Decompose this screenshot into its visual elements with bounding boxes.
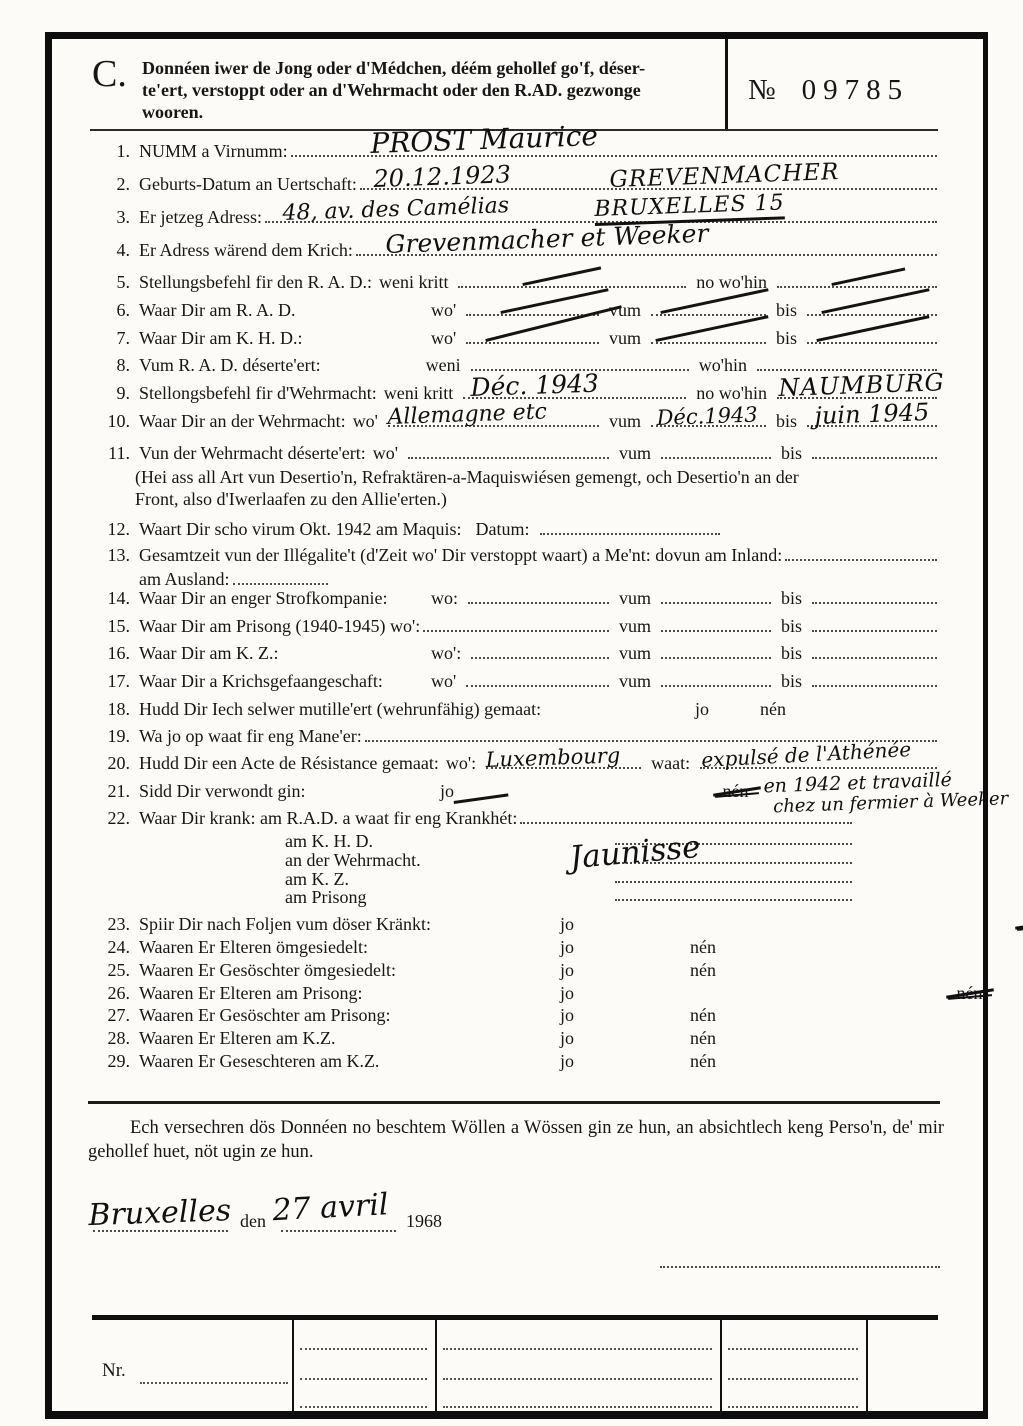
- handwritten-value: juin 1945: [814, 398, 930, 430]
- serial-number: №09785: [748, 74, 909, 107]
- handwritten-value: Déc.1943: [656, 402, 758, 430]
- form-item-13b: am Ausland:: [96, 569, 940, 590]
- field-word: vum: [619, 588, 651, 609]
- item-label: Vum R. A. D. déserte'ert:: [139, 355, 321, 376]
- field-word: bis: [781, 588, 802, 609]
- signature-place-line: [93, 1230, 228, 1232]
- handwritten-value: Allemagne etc: [387, 399, 547, 430]
- table-dotted-line: [728, 1406, 858, 1408]
- fill-line: Déc.1943: [651, 413, 766, 427]
- fill-line: [408, 445, 609, 459]
- sub-label: an der Wehrmacht.: [285, 850, 421, 871]
- declaration-text: Ech versechren dös Donnéen no beschtem W…: [88, 1116, 944, 1164]
- item-number: 27.: [96, 1005, 130, 1026]
- field-word: vum: [619, 616, 651, 637]
- field-word: weni kritt: [384, 383, 454, 404]
- answer-jo: jo: [440, 781, 454, 802]
- form-item-26: 26. Waaren Er Elteren am Prisong: jo nén: [96, 983, 940, 1004]
- form-item-14: 14. Waar Dir an enger Strofkompanie: wo:…: [96, 588, 940, 609]
- item-label: Spiir Dir nach Foljen vum döser Kränkt:: [139, 914, 431, 935]
- item-number: 4.: [96, 240, 130, 261]
- answer-jo: jo: [560, 914, 574, 935]
- field-word: vum: [619, 671, 651, 692]
- form-item-23: 23. Spiir Dir nach Foljen vum döser Krän…: [96, 914, 940, 935]
- answer-jo: jo: [560, 1028, 574, 1049]
- item-label: Waaren Er Elteren ömgesiedelt:: [139, 937, 368, 958]
- form-item-17: 17. Waar Dir a Krichsgefaangeschaft: wo'…: [96, 671, 940, 692]
- item-number: 12.: [96, 519, 130, 540]
- table-dotted-line: [443, 1406, 712, 1408]
- field-word: Datum:: [476, 519, 530, 540]
- item-number: 26.: [96, 983, 130, 1004]
- form-item-18: 18. Hudd Dir Iech selwer mutille'ert (we…: [96, 699, 940, 720]
- item-label: Er jetzeg Adress:: [139, 207, 262, 228]
- item-number: 13.: [96, 545, 130, 566]
- item-number: 28.: [96, 1028, 130, 1049]
- form-item-12: 12. Waart Dir scho virum Okt. 1942 am Ma…: [96, 519, 940, 540]
- field-word: vum: [609, 411, 641, 432]
- item-number: 17.: [96, 671, 130, 692]
- handwritten-value: Luxembourg: [485, 743, 621, 772]
- header-line-3: wooren.: [142, 102, 203, 122]
- form-item-2: 2. Geburts-Datum an Uertschaft: 20.12.19…: [96, 174, 940, 195]
- fill-line: [812, 445, 937, 459]
- item-number: 14.: [96, 588, 130, 609]
- item-label: Wa jo op waat fir eng Mane'er:: [139, 726, 362, 747]
- item-11-note-line-2: Front, also d'Iwerlaafen zu den Allie'er…: [135, 489, 950, 510]
- empty-signature-line: [660, 1266, 940, 1268]
- handwritten-value: Déc. 1943: [470, 369, 599, 402]
- form-item-1: 1. NUMM a Virnumm: PROST Maurice: [96, 141, 940, 162]
- fill-line: [661, 590, 771, 604]
- handwritten-value: NAUMBURG: [778, 368, 945, 402]
- item-label: Er Adress wärend dem Krich:: [139, 240, 353, 261]
- fill-line: [466, 302, 599, 316]
- form-item-24: 24. Waaren Er Elteren ömgesiedelt: jo né…: [96, 937, 940, 958]
- fill-line: [807, 330, 937, 344]
- field-word: vum: [619, 443, 651, 464]
- field-word: waat:: [651, 753, 690, 774]
- fill-line: [661, 445, 771, 459]
- handwritten-value: 20.12.1923: [373, 160, 511, 193]
- item-number: 2.: [96, 174, 130, 195]
- fill-line: [807, 302, 937, 316]
- item-label: Waar Dir am Prisong (1940-1945) wo':: [139, 616, 420, 637]
- fill-line: [777, 274, 937, 288]
- field-word: vum: [609, 328, 641, 349]
- form-item-13: 13. Gesamtzeit vun der Illégalite't (d'Z…: [96, 545, 940, 566]
- field-word: vum: [619, 643, 651, 664]
- field-word: bis: [781, 671, 802, 692]
- fill-line: [651, 330, 766, 344]
- header-line-1: Donnéen iwer de Jong oder d'Médchen, déé…: [142, 58, 645, 78]
- form-item-16: 16. Waar Dir am K. Z.: wo': vum bis: [96, 643, 940, 664]
- form-item-15: 15. Waar Dir am Prisong (1940-1945) wo':…: [96, 616, 940, 637]
- item-label: Gesamtzeit vun der Illégalite't (d'Zeit …: [139, 545, 782, 566]
- item-number: 19.: [96, 726, 130, 747]
- item-number: 24.: [96, 937, 130, 958]
- field-word: bis: [776, 300, 797, 321]
- form-item-22-sub-khd: am K. H. D.: [96, 831, 855, 852]
- item-label: Waar Dir a Krichsgefaangeschaft:: [139, 671, 424, 692]
- answer-jo: jo: [560, 983, 574, 1004]
- item-label: Waar Dir an der Wehrmacht:: [139, 411, 346, 432]
- item-label: Hudd Dir Iech selwer mutille'ert (wehrun…: [139, 699, 541, 720]
- field-word: wo':: [446, 753, 476, 774]
- item-label: Waar Dir am K. Z.:: [139, 643, 424, 664]
- fill-line: [466, 330, 599, 344]
- field-word: vum: [609, 300, 641, 321]
- answer-nen: nén: [690, 937, 716, 958]
- field-word: bis: [776, 328, 797, 349]
- fill-line: juin 1945: [807, 413, 937, 427]
- item-number: 25.: [96, 960, 130, 981]
- answer-jo: jo: [560, 960, 574, 981]
- item-label: NUMM a Virnumm:: [139, 141, 288, 162]
- answer-nen: nén: [690, 1051, 716, 1072]
- form-item-6: 6. Waar Dir am R. A. D. wo' vum bis: [96, 300, 940, 321]
- numero-sign: №: [748, 74, 776, 106]
- nr-label: Nr.: [102, 1360, 126, 1382]
- fill-line: [468, 590, 609, 604]
- form-item-5: 5. Stellungsbefehl fir den R. A. D.: wen…: [96, 272, 940, 293]
- item-label: Waaren Er Gesöschter am Prisong:: [139, 1005, 390, 1026]
- item-label: Waar Dir an enger Strofkompanie:: [139, 588, 424, 609]
- fill-line: [661, 618, 771, 632]
- item-number: 16.: [96, 643, 130, 664]
- fill-line: 48, av. des Camélias BRUXELLES 15: [265, 209, 937, 223]
- field-word: wo': [431, 300, 456, 321]
- fill-line: [466, 673, 609, 687]
- fill-line: Déc. 1943: [463, 385, 686, 399]
- item-label: Waaren Er Elteren am K.Z.: [139, 1028, 335, 1049]
- form-item-25: 25. Waaren Er Gesöschter ömgesiedelt: jo…: [96, 960, 940, 981]
- field-word: weni kritt: [379, 272, 449, 293]
- item-number: 1.: [96, 141, 130, 162]
- field-word: wo': [353, 411, 378, 432]
- signature-year: 1968: [406, 1211, 442, 1232]
- field-word: wo'hin: [699, 355, 747, 376]
- answer-nen-struck: nén: [956, 983, 982, 1004]
- fill-line: [812, 618, 937, 632]
- fill-line: [785, 547, 937, 561]
- answer-nen: nén: [690, 1005, 716, 1026]
- table-dotted-line: [140, 1382, 288, 1384]
- item-label: Waar Dir krank: am R.A.D. a waat fir eng…: [139, 808, 517, 829]
- handwritten-value: PROST Maurice: [369, 119, 598, 160]
- item-number: 22.: [96, 808, 130, 829]
- fill-line: [458, 274, 686, 288]
- item-number: 21.: [96, 781, 130, 802]
- table-dotted-line: [443, 1348, 712, 1350]
- serial-number-value: 09785: [802, 74, 910, 106]
- fill-line: [423, 618, 609, 632]
- form-item-28: 28. Waaren Er Elteren am K.Z. jo nén: [96, 1028, 940, 1049]
- fill-line: [540, 521, 720, 535]
- fill-line: NAUMBURG: [777, 385, 937, 399]
- item-label: Stellungsbefehl fir den R. A. D.:: [139, 272, 372, 293]
- fill-line: [661, 673, 771, 687]
- form-item-7: 7. Waar Dir am K. H. D.: wo' vum bis: [96, 328, 940, 349]
- form-item-22: 22. Waar Dir krank: am R.A.D. a waat fir…: [96, 808, 855, 829]
- item-label: Waart Dir scho virum Okt. 1942 am Maquis…: [139, 519, 462, 540]
- field-word: bis: [776, 411, 797, 432]
- field-word: wo:: [431, 588, 458, 609]
- form-item-10: 10. Waar Dir an der Wehrmacht: wo' Allem…: [96, 411, 940, 432]
- field-word: no wo'hin: [696, 383, 767, 404]
- item-number: 10.: [96, 411, 130, 432]
- item-number: 29.: [96, 1051, 130, 1072]
- fill-line: Grevenmacher et Weeker: [356, 242, 937, 256]
- den-label: den: [240, 1211, 266, 1232]
- form-item-22-sub-wehrmacht: an der Wehrmacht.: [96, 850, 855, 871]
- fill-line: expulsé de l'Athénée: [700, 755, 937, 769]
- fill-line: [812, 673, 937, 687]
- item-number: 20.: [96, 753, 130, 774]
- item-number: 8.: [96, 355, 130, 376]
- item-number: 5.: [96, 272, 130, 293]
- item-label: Waar Dir am R. A. D.: [139, 300, 424, 321]
- item-label: am Ausland:: [139, 569, 230, 590]
- field-word: wo': [431, 671, 456, 692]
- scanned-form-page: C. Donnéen iwer de Jong oder d'Médchen, …: [0, 0, 1023, 1426]
- fill-line: [520, 810, 852, 824]
- item-number: 18.: [96, 699, 130, 720]
- item-number: 11.: [96, 443, 130, 464]
- signature-date-line: [281, 1230, 396, 1232]
- form-item-11: 11. Vun der Wehrmacht déserte'ert: wo' v…: [96, 443, 940, 464]
- item-number: 3.: [96, 207, 130, 228]
- form-item-29: 29. Waaren Er Geseschteren am K.Z. jo né…: [96, 1051, 940, 1072]
- field-word: wo':: [431, 643, 461, 664]
- section-separator: [88, 1101, 940, 1104]
- table-dotted-line: [300, 1406, 427, 1408]
- answer-nen: nén: [760, 699, 786, 720]
- fill-line: [471, 645, 609, 659]
- fill-line: [233, 571, 328, 585]
- form-item-22-sub-prisong: am Prisong: [96, 887, 855, 908]
- field-word: bis: [781, 643, 802, 664]
- footer-table: Nr.: [92, 1315, 938, 1417]
- field-word: wo': [431, 328, 456, 349]
- table-dotted-line: [300, 1348, 427, 1350]
- table-divider: [292, 1320, 294, 1417]
- sub-label: am Prisong: [285, 887, 367, 908]
- header-text: Donnéen iwer de Jong oder d'Médchen, déé…: [142, 57, 717, 123]
- table-dotted-line: [728, 1378, 858, 1380]
- header-line-2: te'ert, verstoppt oder an d'Wehrmacht od…: [142, 80, 641, 100]
- form-item-20: 20. Hudd Dir een Acte de Résistance gema…: [96, 753, 940, 774]
- answer-jo: jo: [560, 937, 574, 958]
- fill-line: [651, 302, 766, 316]
- form-item-4: 4. Er Adress wärend dem Krich: Grevenmac…: [96, 240, 940, 261]
- fill-line: 20.12.1923 GREVENMACHER: [360, 176, 937, 190]
- fill-line: Allemagne etc: [388, 413, 599, 427]
- sub-label: am K. H. D.: [285, 831, 373, 852]
- item-label: Waar Dir am K. H. D.:: [139, 328, 424, 349]
- table-divider: [866, 1320, 868, 1417]
- item-number: 7.: [96, 328, 130, 349]
- answer-jo: jo: [560, 1005, 574, 1026]
- fill-line: [812, 645, 937, 659]
- table-dotted-line: [443, 1378, 712, 1380]
- table-dotted-line: [728, 1348, 858, 1350]
- section-letter: C.: [92, 52, 127, 96]
- answer-jo: jo: [560, 1051, 574, 1072]
- item-label: Waaren Er Geseschteren am K.Z.: [139, 1051, 379, 1072]
- field-word: bis: [781, 443, 802, 464]
- item-number: 23.: [96, 914, 130, 935]
- item-label: Waaren Er Gesöschter ömgesiedelt:: [139, 960, 396, 981]
- fill-line: Luxembourg: [486, 755, 641, 769]
- item-11-note-line-1: (Hei ass all Art vun Desertio'n, Refrakt…: [135, 467, 950, 488]
- answer-nen: nén: [690, 1028, 716, 1049]
- item-label: Waaren Er Elteren am Prisong:: [139, 983, 362, 1004]
- answer-nen: nén: [690, 960, 716, 981]
- header-divider: [725, 39, 728, 129]
- item-number: 15.: [96, 616, 130, 637]
- field-word: wo': [373, 443, 398, 464]
- field-word: bis: [781, 616, 802, 637]
- item-label: Hudd Dir een Acte de Résistance gemaat:: [139, 753, 439, 774]
- field-word: weni: [426, 355, 461, 376]
- item-label: Stellongsbefehl fir d'Wehrmacht:: [139, 383, 377, 404]
- item-number: 6.: [96, 300, 130, 321]
- item-label: Sidd Dir verwondt gin:: [139, 781, 306, 802]
- fill-line: PROST Maurice: [291, 143, 937, 157]
- table-divider: [435, 1320, 437, 1417]
- table-dotted-line: [300, 1378, 427, 1380]
- item-label: Vun der Wehrmacht déserte'ert:: [139, 443, 366, 464]
- form-item-21: 21. Sidd Dir verwondt gin: jo nén: [96, 781, 940, 802]
- item-number: 9.: [96, 383, 130, 404]
- answer-nen-struck: nén: [723, 781, 749, 802]
- item-label: Geburts-Datum an Uertschaft:: [139, 174, 357, 195]
- form-item-27: 27. Waaren Er Gesöschter am Prisong: jo …: [96, 1005, 940, 1026]
- table-divider: [720, 1320, 722, 1417]
- fill-line: [661, 645, 771, 659]
- fill-line: [812, 590, 937, 604]
- answer-jo: jo: [695, 699, 709, 720]
